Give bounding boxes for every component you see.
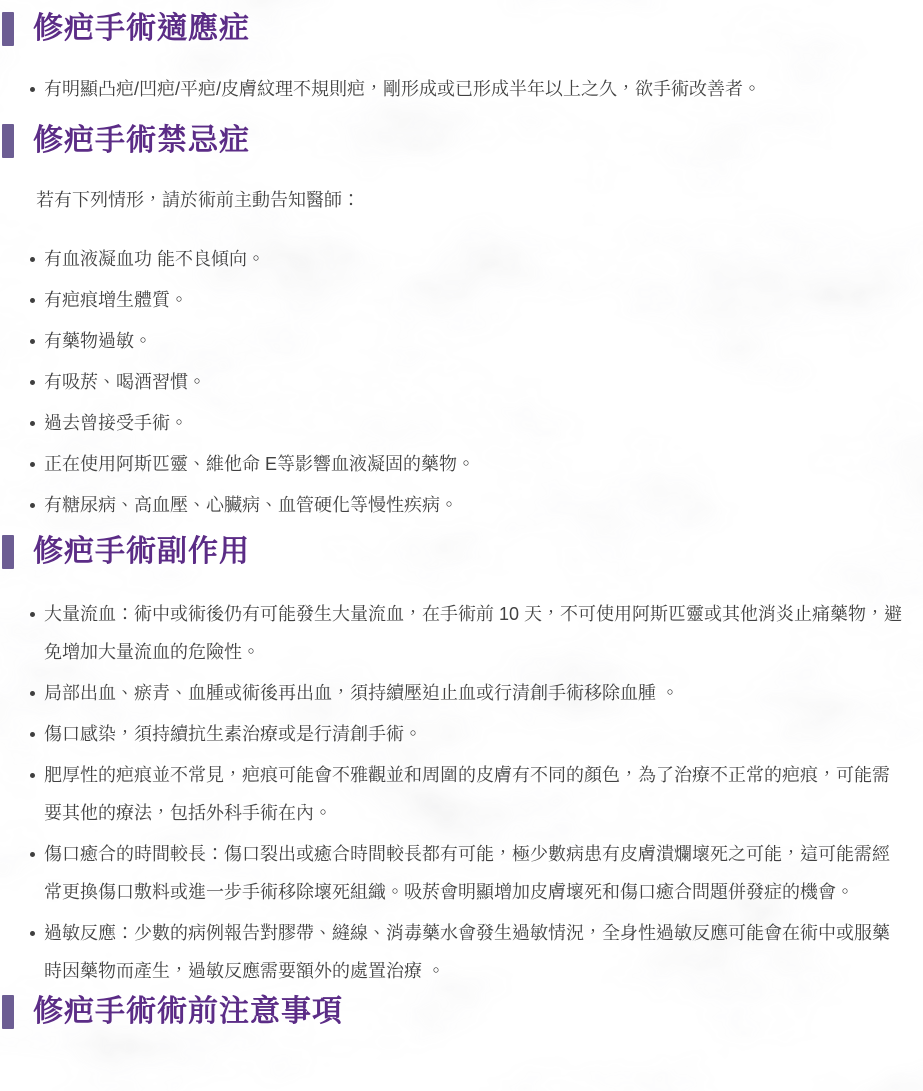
bullet-item: 傷口癒合的時間較長：傷口裂出或癒合時間較長都有可能，極少數病患有皮膚潰爛壞死之可… [30, 835, 905, 911]
bullet-dot-icon [30, 87, 35, 92]
bullet-text: 過敏反應：少數的病例報告對膠帶、縫線、消毒藥水會發生過敏情況，全身性過敏反應可能… [44, 923, 890, 981]
bullet-dot-icon [30, 773, 35, 778]
bullet-item: 過敏反應：少數的病例報告對膠帶、縫線、消毒藥水會發生過敏情況，全身性過敏反應可能… [30, 914, 905, 990]
heading-accent-bar [2, 535, 14, 569]
heading-text: 修疤手術副作用 [33, 533, 250, 571]
bullet-dot-icon [30, 691, 35, 696]
section-indications: 修疤手術適應症 有明顯凸疤/凹疤/平疤/皮膚紋理不規則疤，剛形成或已形成半年以上… [0, 10, 905, 108]
bullet-text: 局部出血、瘀青、血腫或術後再出血，須持續壓迫止血或行清創手術移除血腫 。 [44, 683, 679, 703]
bullet-text: 有藥物過敏。 [44, 331, 152, 351]
bullet-dot-icon [30, 380, 35, 385]
bullet-dot-icon [30, 503, 35, 508]
section-heading: 修疤手術適應症 [0, 10, 905, 48]
bullet-dot-icon [30, 257, 35, 262]
bullet-item: 有明顯凸疤/凹疤/平疤/皮膚紋理不規則疤，剛形成或已形成半年以上之久，欲手術改善… [30, 70, 905, 108]
bullet-list: 有明顯凸疤/凹疤/平疤/皮膚紋理不規則疤，剛形成或已形成半年以上之久，欲手術改善… [0, 70, 905, 108]
section-contraindications: 修疤手術禁忌症 若有下列情形，請於術前主動告知醫師： 有血液凝血功 能不良傾向。… [0, 122, 905, 524]
bullet-text: 傷口癒合的時間較長：傷口裂出或癒合時間較長都有可能，極少數病患有皮膚潰爛壞死之可… [44, 844, 890, 902]
heading-text: 修疤手術術前注意事項 [33, 993, 343, 1031]
bullet-text: 肥厚性的疤痕並不常見，疤痕可能會不雅觀並和周圍的皮膚有不同的顏色，為了治療不正常… [44, 765, 890, 823]
bullet-dot-icon [30, 931, 35, 936]
bullet-text: 大量流血：術中或術後仍有可能發生大量流血，在手術前 10 天，不可使用阿斯匹靈或… [44, 604, 902, 662]
bullet-item: 有疤痕增生體質。 [30, 281, 905, 319]
bullet-item: 大量流血：術中或術後仍有可能發生大量流血，在手術前 10 天，不可使用阿斯匹靈或… [30, 595, 905, 671]
heading-accent-bar [2, 124, 14, 158]
bullet-dot-icon [30, 339, 35, 344]
section-intro: 若有下列情形，請於術前主動告知醫師： [36, 181, 905, 219]
bullet-dot-icon [30, 421, 35, 426]
bullet-item: 局部出血、瘀青、血腫或術後再出血，須持續壓迫止血或行清創手術移除血腫 。 [30, 674, 905, 712]
bullet-text: 正在使用阿斯匹靈、維他命 E等影響血液凝固的藥物。 [44, 454, 475, 474]
bullet-dot-icon [30, 852, 35, 857]
bullet-text: 過去曾接受手術。 [44, 413, 188, 433]
bullet-text: 傷口感染，須持續抗生素治療或是行清創手術。 [44, 724, 422, 744]
bullet-list: 大量流血：術中或術後仍有可能發生大量流血，在手術前 10 天，不可使用阿斯匹靈或… [0, 595, 905, 990]
bullet-item: 肥厚性的疤痕並不常見，疤痕可能會不雅觀並和周圍的皮膚有不同的顏色，為了治療不正常… [30, 756, 905, 832]
article-content: 修疤手術適應症 有明顯凸疤/凹疤/平疤/皮膚紋理不規則疤，剛形成或已形成半年以上… [0, 0, 923, 1031]
heading-accent-bar [2, 995, 14, 1029]
bullet-item: 過去曾接受手術。 [30, 404, 905, 442]
bullet-dot-icon [30, 612, 35, 617]
bullet-item: 傷口感染，須持續抗生素治療或是行清創手術。 [30, 715, 905, 753]
bullet-text: 有吸菸、喝酒習慣。 [44, 372, 206, 392]
section-heading: 修疤手術副作用 [0, 533, 905, 571]
bullet-dot-icon [30, 298, 35, 303]
bullet-item: 正在使用阿斯匹靈、維他命 E等影響血液凝固的藥物。 [30, 445, 905, 483]
bullet-text: 有明顯凸疤/凹疤/平疤/皮膚紋理不規則疤，剛形成或已形成半年以上之久，欲手術改善… [44, 79, 761, 99]
bullet-dot-icon [30, 732, 35, 737]
section-heading: 修疤手術禁忌症 [0, 122, 905, 160]
section-preop-notes: 修疤手術術前注意事項 [0, 993, 905, 1031]
bullet-text: 有糖尿病、高血壓、心臟病、血管硬化等慢性疾病。 [44, 495, 458, 515]
bullet-item: 有血液凝血功 能不良傾向。 [30, 240, 905, 278]
bullet-text: 有血液凝血功 能不良傾向。 [44, 249, 265, 269]
bullet-item: 有糖尿病、高血壓、心臟病、血管硬化等慢性疾病。 [30, 486, 905, 524]
heading-accent-bar [2, 12, 14, 46]
section-heading: 修疤手術術前注意事項 [0, 993, 905, 1031]
bullet-text: 有疤痕增生體質。 [44, 290, 188, 310]
heading-text: 修疤手術適應症 [33, 10, 250, 48]
bullet-dot-icon [30, 462, 35, 467]
heading-text: 修疤手術禁忌症 [33, 122, 250, 160]
bullet-list: 有血液凝血功 能不良傾向。 有疤痕增生體質。 有藥物過敏。 有吸菸、喝酒習慣。 … [0, 240, 905, 524]
bullet-item: 有吸菸、喝酒習慣。 [30, 363, 905, 401]
bullet-item: 有藥物過敏。 [30, 322, 905, 360]
section-side-effects: 修疤手術副作用 大量流血：術中或術後仍有可能發生大量流血，在手術前 10 天，不… [0, 533, 905, 990]
